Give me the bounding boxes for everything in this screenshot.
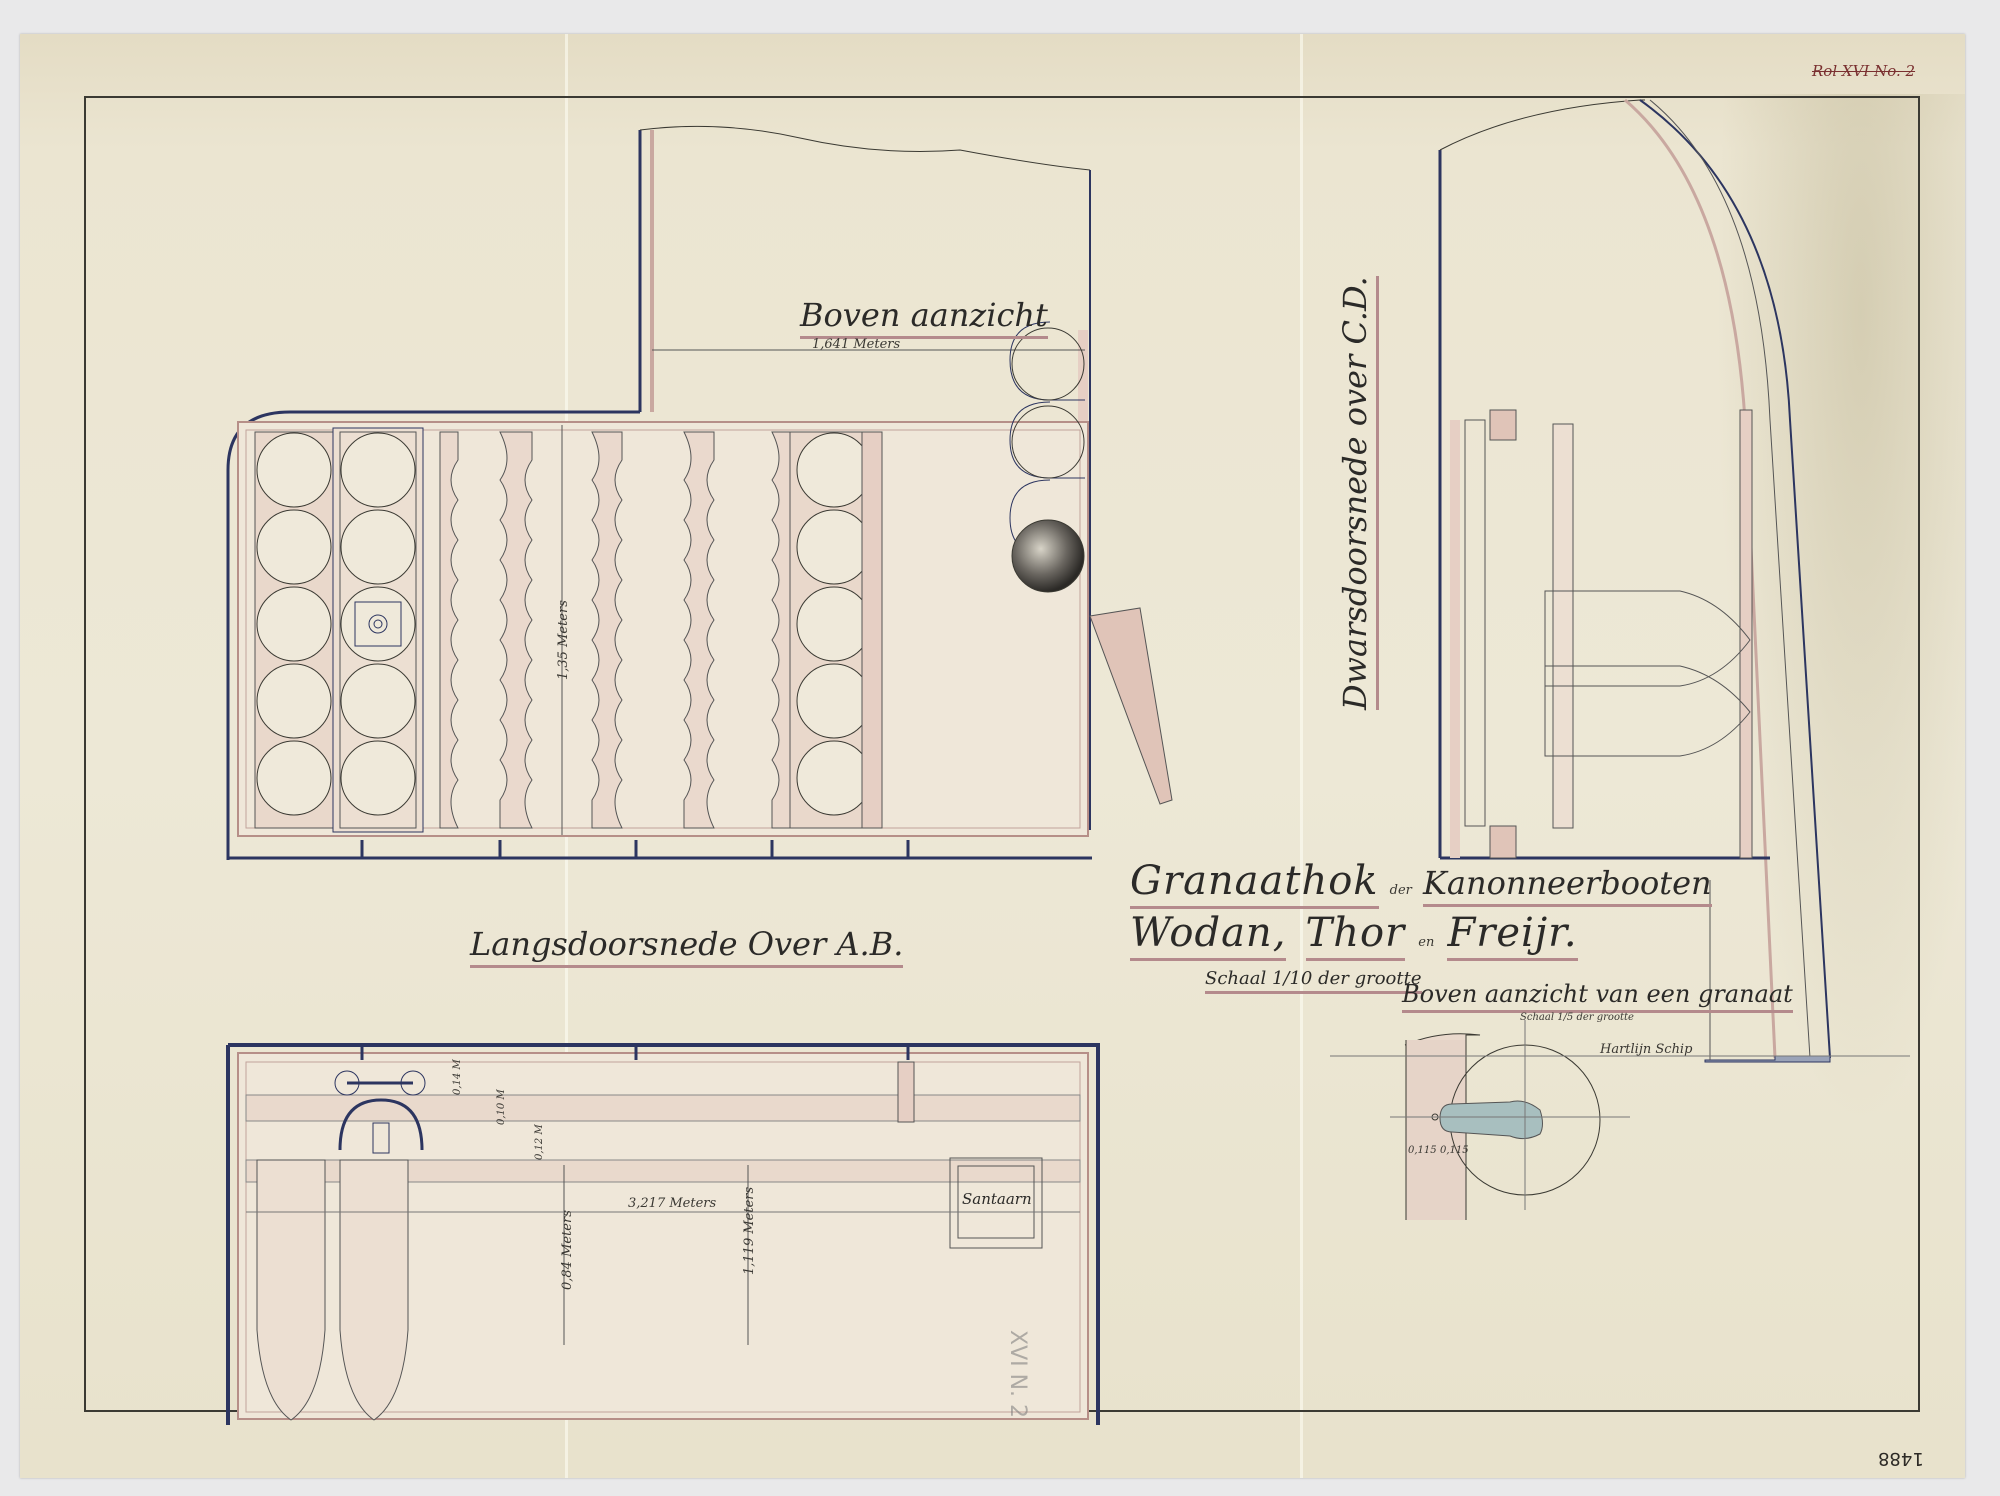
dimension-small-b: 0,10 M bbox=[496, 1089, 507, 1125]
dimension-top-depth: 1,35 Meters bbox=[556, 600, 571, 680]
dimension-plan-height-b: 1,119 Meters bbox=[742, 1187, 757, 1275]
catalog-number: 1488 bbox=[1878, 1448, 1924, 1469]
shell-top-view-title: Boven aanzicht van een granaat bbox=[1402, 980, 1793, 1013]
dimension-plan-height-a: 0,84 Meters bbox=[560, 1210, 575, 1290]
centerline-label: Hartlijn Schip bbox=[1600, 1042, 1692, 1057]
shell-scale: Schaal 1/5 der grootte bbox=[1520, 1012, 1634, 1023]
top-view-title: Boven aanzicht bbox=[800, 296, 1048, 339]
title-granaathok: Granaathok bbox=[1130, 858, 1379, 909]
pencil-mark: XVI N. 2 bbox=[1005, 1330, 1030, 1418]
title-en: en bbox=[1418, 935, 1434, 950]
shell-dim-a: 0,115 bbox=[1408, 1145, 1437, 1156]
dimension-small-a: 0,14 M bbox=[452, 1059, 463, 1095]
dimension-small-c: 0,12 M bbox=[534, 1124, 545, 1160]
archive-ref-top: Rol XVI No. 2 bbox=[1812, 62, 1915, 80]
ship-freijr: Freijr. bbox=[1447, 910, 1577, 961]
longitudinal-section-title: Langsdoorsnede Over A.B. bbox=[470, 925, 903, 968]
cross-section-title: Dwarsdoorsnede over C.D. bbox=[1336, 276, 1379, 710]
technical-drawing bbox=[0, 0, 2000, 1496]
shell-dim-b: 0,115 bbox=[1440, 1145, 1469, 1156]
title-der: der bbox=[1390, 883, 1412, 898]
scale-main: Schaal 1/10 der grootte bbox=[1205, 968, 1422, 994]
dimension-top-width: 1,641 Meters bbox=[812, 337, 900, 352]
ship-wodan: Wodan, bbox=[1130, 910, 1286, 961]
plan-view bbox=[228, 1045, 1098, 1425]
dimension-plan-length: 3,217 Meters bbox=[628, 1196, 716, 1211]
title-kanonneerbooten: Kanonneerbooten bbox=[1423, 864, 1712, 907]
ship-names: Wodan, Thor en Freijr. bbox=[1130, 910, 1578, 956]
top-view bbox=[228, 126, 1172, 860]
box-label: Santaarn bbox=[962, 1190, 1032, 1208]
main-title: Granaathok der Kanonneerbooten bbox=[1130, 858, 1712, 904]
ship-thor: Thor bbox=[1306, 910, 1406, 961]
